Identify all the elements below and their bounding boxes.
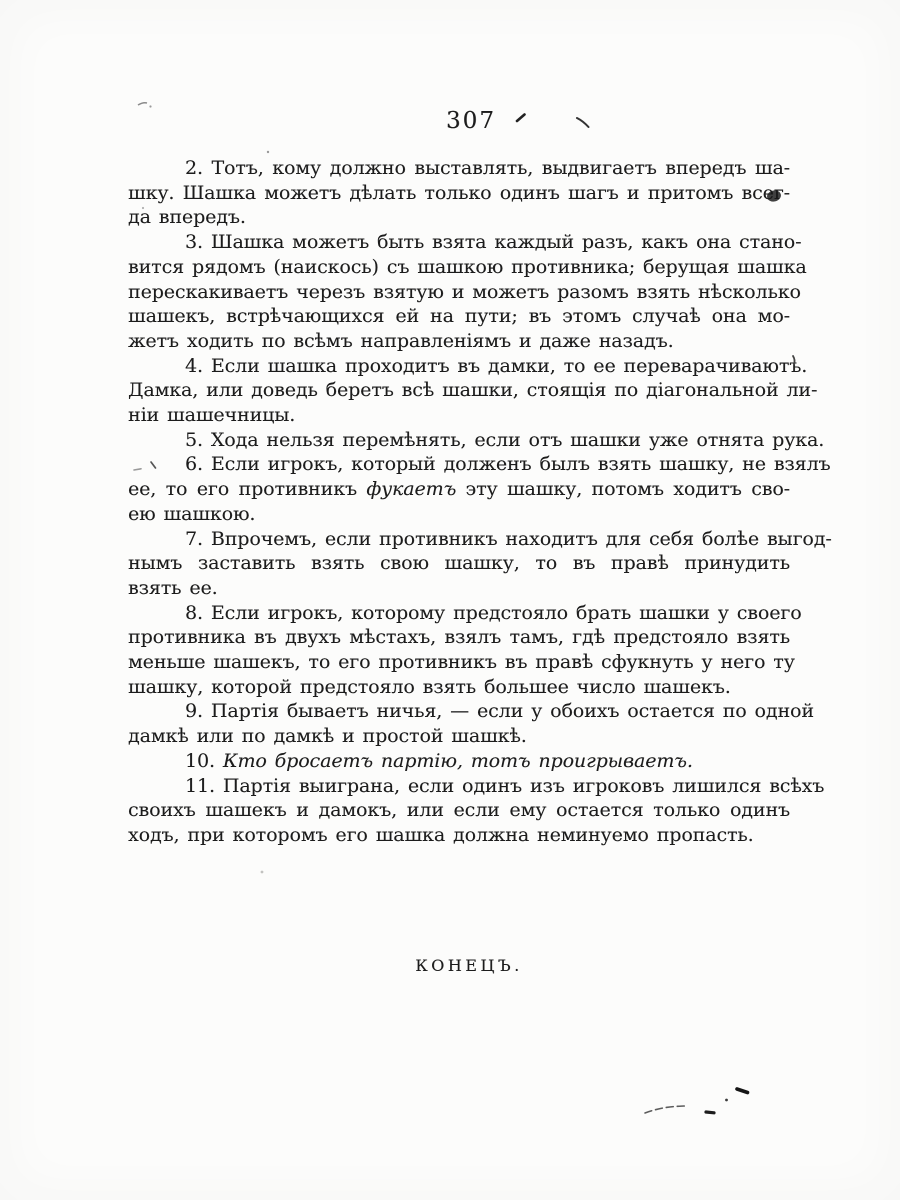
- text-line: взять ее.: [128, 576, 790, 601]
- text-line: 4. Если шашка проходитъ въ дамки, то ее …: [128, 354, 790, 379]
- text-segment: шашекъ, встрѣчающихся ей на пути; въ это…: [128, 305, 790, 327]
- text-segment: эту шашку, потомъ ходитъ сво-: [456, 478, 790, 500]
- rules-text: 2. Тотъ, кому должно выставлять, выдвига…: [128, 156, 790, 848]
- paragraph: 8. Если игрокъ, которому предстояло брат…: [128, 601, 790, 700]
- text-segment: ніи шашечницы.: [128, 404, 295, 426]
- paragraph: 2. Тотъ, кому должно выставлять, выдвига…: [128, 156, 790, 230]
- text-segment: нымъ заставить взять свою шашку, то въ п…: [128, 552, 790, 574]
- text-segment: 9. Партія бываетъ ничья, — если у обоихъ…: [185, 700, 814, 722]
- text-segment: шашку, которой предстояло взять большее …: [128, 676, 731, 698]
- text-segment: 10.: [185, 750, 223, 772]
- text-segment: жетъ ходить по всѣмъ направленіямъ и даж…: [128, 330, 674, 352]
- text-segment: своихъ шашекъ и дамокъ, или если ему ост…: [128, 799, 790, 821]
- text-line: нымъ заставить взять свою шашку, то въ п…: [128, 551, 790, 576]
- text-line: вится рядомъ (наискось) съ шашкою против…: [128, 255, 790, 280]
- text-line: противника въ двухъ мѣстахъ, взялъ тамъ,…: [128, 625, 790, 650]
- text-line: 8. Если игрокъ, которому предстояло брат…: [128, 601, 790, 626]
- text-segment: 2. Тотъ, кому должно выставлять, выдвига…: [185, 157, 790, 179]
- text-segment: 8. Если игрокъ, которому предстояло брат…: [185, 602, 802, 624]
- text-segment: Дамка, или доведь беретъ всѣ шашки, стоя…: [128, 379, 817, 401]
- text-segment: противника въ двухъ мѣстахъ, взялъ тамъ,…: [128, 626, 790, 648]
- text-segment: ходъ, при которомъ его шашка должна неми…: [128, 824, 754, 846]
- text-line: 2. Тотъ, кому должно выставлять, выдвига…: [128, 156, 790, 181]
- paragraph: 9. Партія бываетъ ничья, — если у обоихъ…: [128, 699, 790, 748]
- text-line: 9. Партія бываетъ ничья, — если у обоихъ…: [128, 699, 790, 724]
- book-page: 307 2. Тотъ, кому должно выставлять, выд…: [0, 0, 900, 1200]
- text-line: 7. Впрочемъ, если противникъ находитъ дл…: [128, 527, 790, 552]
- text-line: дамкѣ или по дамкѣ и простой шашкѣ.: [128, 724, 790, 749]
- text-line: ее, то его противникъ фукаетъ эту шашку,…: [128, 477, 790, 502]
- text-segment: меньше шашекъ, то его противникъ въ прав…: [128, 651, 795, 673]
- paragraph: 6. Если игрокъ, который долженъ былъ взя…: [128, 452, 790, 526]
- paragraph: 4. Если шашка проходитъ въ дамки, то ее …: [128, 354, 790, 428]
- end-caption: КОНЕЦЪ.: [19, 956, 900, 975]
- ink-speck: [267, 151, 269, 153]
- text-line: да впередъ.: [128, 205, 790, 230]
- text-segment: да впередъ.: [128, 206, 246, 228]
- text-line: ею шашкою.: [128, 502, 790, 527]
- text-segment: дамкѣ или по дамкѣ и простой шашкѣ.: [128, 725, 527, 747]
- text-line: шашку, которой предстояло взять большее …: [128, 675, 790, 700]
- text-line: шашекъ, встрѣчающихся ей на пути; въ это…: [128, 304, 790, 329]
- text-line: 3. Шашка можетъ быть взята каждый разъ, …: [128, 230, 790, 255]
- paragraph: 5. Хода нельзя перемѣнять, если отъ шашк…: [128, 428, 790, 453]
- paragraph: 10. Кто бросаетъ партію, тотъ проигрывае…: [128, 749, 790, 774]
- paragraph: 3. Шашка можетъ быть взята каждый разъ, …: [128, 230, 790, 354]
- text-segment: 5. Хода нельзя перемѣнять, если отъ шашк…: [185, 429, 824, 451]
- text-segment: перескакиваетъ черезъ взятую и можетъ ра…: [128, 281, 801, 303]
- text-line: ходъ, при которомъ его шашка должна неми…: [128, 823, 790, 848]
- text-segment: ее, то его противникъ: [128, 478, 366, 500]
- text-line: 6. Если игрокъ, который долженъ былъ взя…: [128, 452, 790, 477]
- italic-text: фукаетъ: [366, 478, 456, 500]
- ink-speck: [261, 871, 264, 874]
- text-line: ніи шашечницы.: [128, 403, 790, 428]
- paragraph: 11. Партія выиграна, если одинъ изъ игро…: [128, 774, 790, 848]
- text-line: своихъ шашекъ и дамокъ, или если ему ост…: [128, 798, 790, 823]
- text-line: Дамка, или доведь беретъ всѣ шашки, стоя…: [128, 378, 790, 403]
- text-line: шку. Шашка можетъ дѣлать только одинъ ша…: [128, 181, 790, 206]
- text-line: 5. Хода нельзя перемѣнять, если отъ шашк…: [128, 428, 790, 453]
- text-segment: 3. Шашка можетъ быть взята каждый разъ, …: [185, 231, 801, 253]
- text-segment: взять ее.: [128, 577, 218, 599]
- text-segment: ею шашкою.: [128, 503, 255, 525]
- text-line: жетъ ходить по всѣмъ направленіямъ и даж…: [128, 329, 790, 354]
- text-line: перескакиваетъ черезъ взятую и можетъ ра…: [128, 280, 790, 305]
- paragraph: 7. Впрочемъ, если противникъ находитъ дл…: [128, 527, 790, 601]
- text-line: 10. Кто бросаетъ партію, тотъ проигрывае…: [128, 749, 790, 774]
- text-segment: 4. Если шашка проходитъ въ дамки, то ее …: [185, 355, 807, 377]
- text-segment: 6. Если игрокъ, который долженъ былъ взя…: [185, 453, 831, 475]
- pen-scribble-bottom-right: [645, 1089, 748, 1113]
- page-number: 307: [21, 108, 900, 134]
- text-line: 11. Партія выиграна, если одинъ изъ игро…: [128, 774, 790, 799]
- ink-speck-top-left: [138, 103, 152, 108]
- text-segment: вится рядомъ (наискось) съ шашкою против…: [128, 256, 807, 278]
- text-segment: шку. Шашка можетъ дѣлать только одинъ ша…: [128, 182, 790, 204]
- text-segment: 7. Впрочемъ, если противникъ находитъ дл…: [185, 528, 832, 550]
- text-segment: 11. Партія выиграна, если одинъ изъ игро…: [185, 775, 824, 797]
- italic-text: Кто бросаетъ партію, тотъ проигрываетъ.: [223, 750, 693, 772]
- text-line: меньше шашекъ, то его противникъ въ прав…: [128, 650, 790, 675]
